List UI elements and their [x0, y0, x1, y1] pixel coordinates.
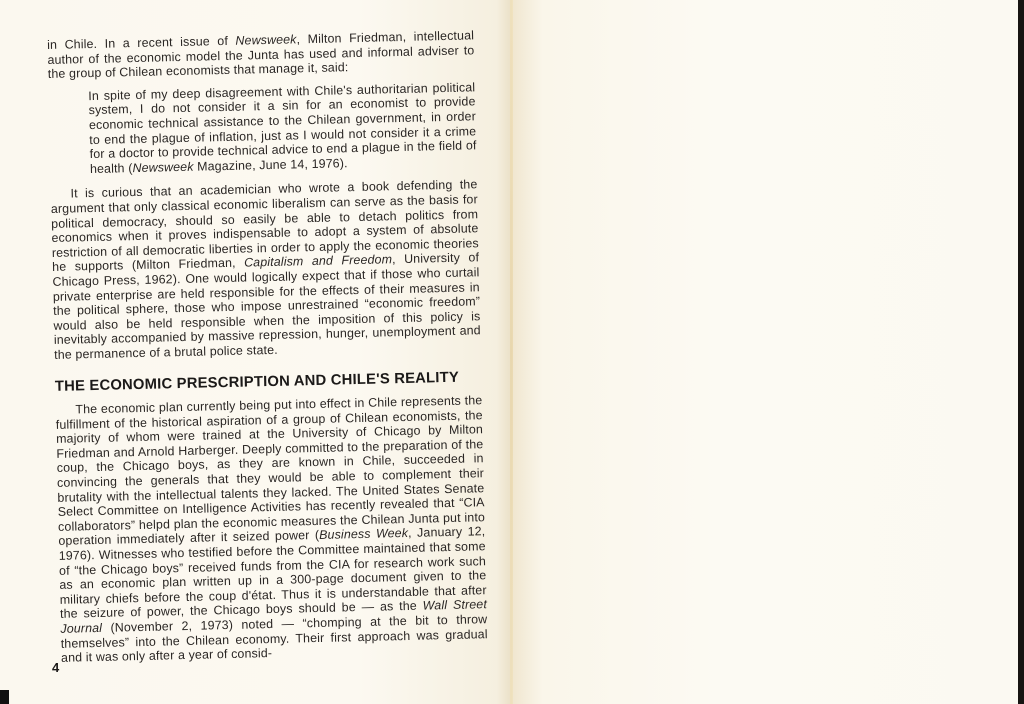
- scan-corner-mark: [0, 690, 9, 704]
- intro-paragraph: in Chile. In a recent issue of Newsweek,…: [47, 28, 475, 81]
- page-left: in Chile. In a recent issue of Newsweek,…: [0, 0, 512, 704]
- page-number-left: 4: [52, 660, 59, 675]
- text-run: (November 2, 1973) noted — “chomping at …: [61, 612, 488, 665]
- publication-title: Business Week: [319, 526, 408, 542]
- publication-title: Newsweek: [132, 159, 193, 174]
- text-run: Magazine, June 14, 1976).: [193, 156, 347, 173]
- scan-edge-shadow: [1018, 0, 1024, 704]
- block-quote-friedman: In spite of my deep disagreement with Ch…: [88, 80, 477, 176]
- book-gutter: [510, 0, 513, 704]
- paragraph-curious: It is curious that an academician who wr…: [50, 178, 481, 363]
- section-heading-prescription: THE ECONOMIC PRESCRIPTION AND CHILE'S RE…: [55, 371, 482, 395]
- text-run: The economic plan currently being put in…: [56, 393, 486, 548]
- left-text-column: in Chile. In a recent issue of Newsweek,…: [47, 28, 488, 665]
- publication-title: Newsweek: [235, 32, 296, 47]
- page-right: erable confusion that they decided to ap…: [512, 0, 1024, 704]
- paragraph-economic-plan: The economic plan currently being put in…: [55, 393, 488, 665]
